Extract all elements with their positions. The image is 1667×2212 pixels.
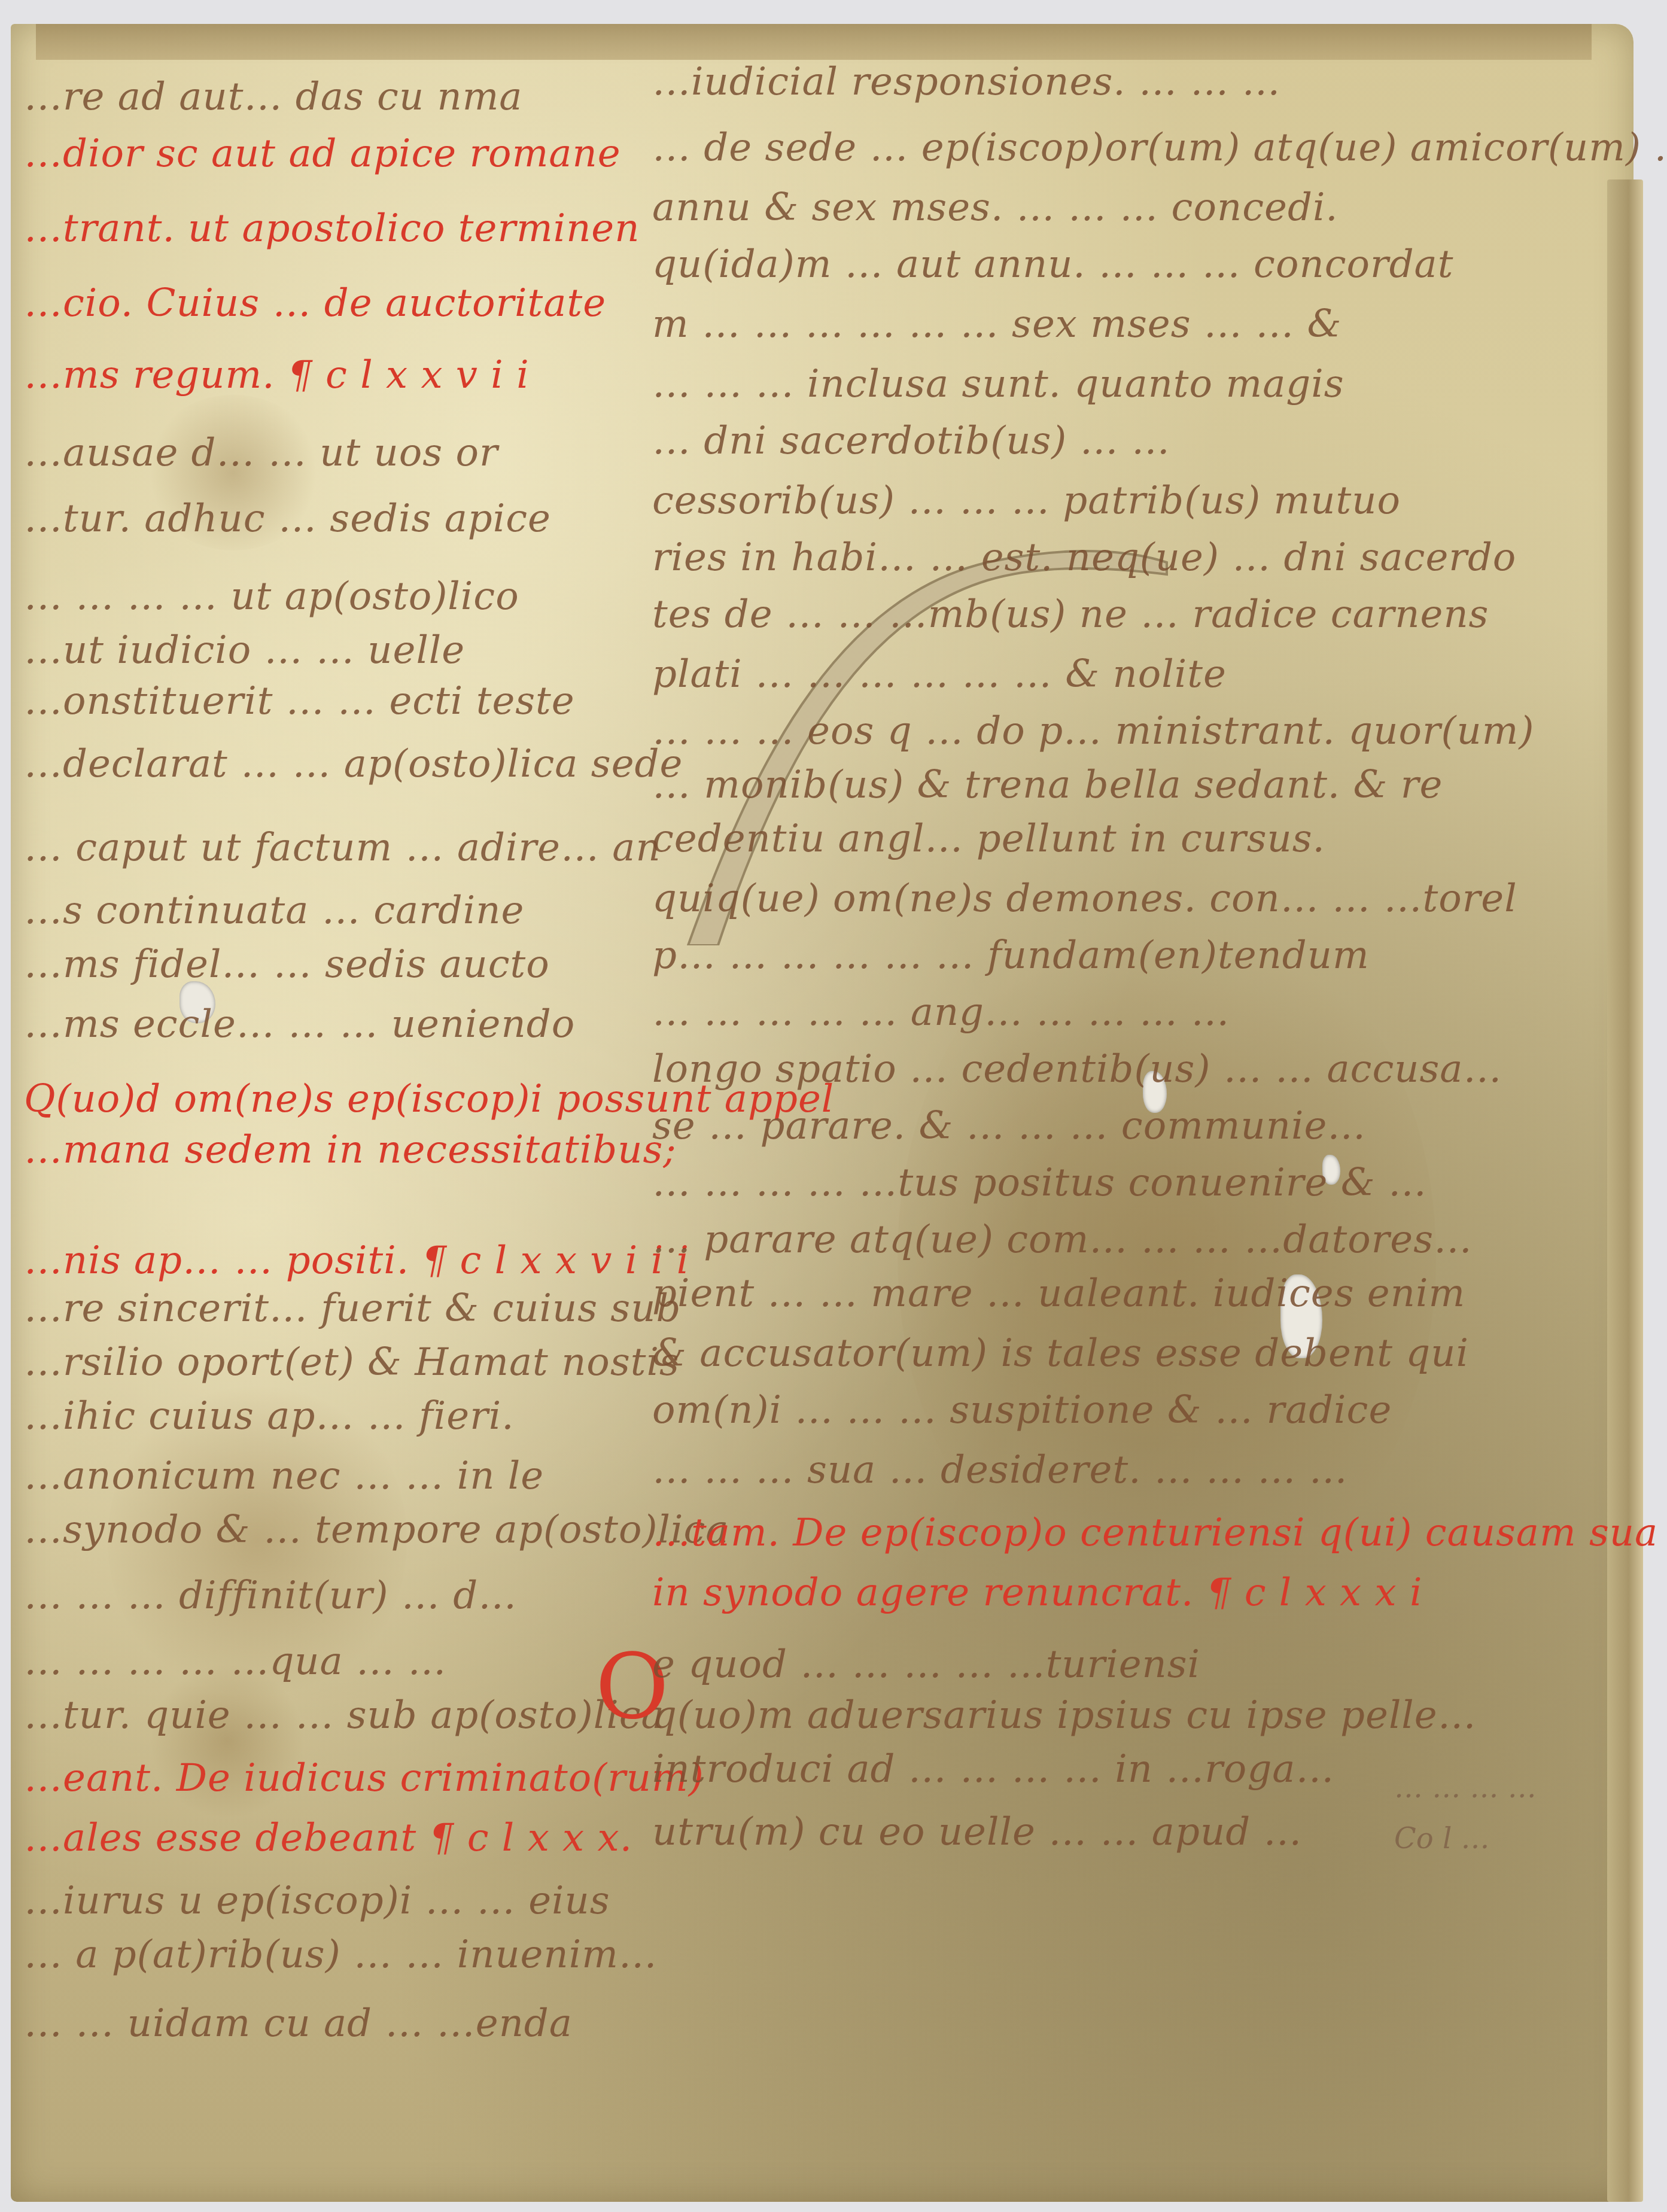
text-line: …rsilio oport(et) & Hamat nostis [24,1340,680,1385]
text-line: … … … … …qua … … [24,1639,446,1684]
text-line: …tur. adhuc … sedis apice [24,497,551,541]
marginal-note: Co l … [1394,1822,1490,1855]
text-line: …iurus u ep(iscop)i … … eius [24,1879,610,1923]
rubric-line: …nis ap… … positi. ¶ c l x x v i i i [24,1239,689,1283]
text-line: …iudicial responsiones. … … … [652,60,1281,104]
text-line: ries in habi… … est. neq(ue) … dni sacer… [652,535,1516,580]
text-line: … … … … ut ap(osto)lico [24,574,519,619]
text-line: … … … … … ang… … … … … [652,990,1230,1035]
left-column: …re ad aut… das cu nma…dior sc aut ad ap… [24,0,598,2212]
rubric-line: …trant. ut apostolico terminen [24,206,640,251]
text-line: … … uidam cu ad … …enda [24,2001,573,2046]
text-line: …declarat … … ap(osto)lica sede [24,742,683,786]
rubric-line: …ales esse debeant ¶ c l x x x. [24,1816,632,1860]
rubric-line: …ms regum. ¶ c l x x v i i [24,353,530,397]
rubric-line: …cio. Cuius … de auctoritate [24,281,606,325]
page-stack-edge [1607,179,1643,2202]
rubric-line: …eant. De iudicus criminato(rum) [24,1756,704,1800]
text-line: …re sincerit… fuerit & cuius sub [24,1286,681,1331]
text-line: …tur. quie … … sub ap(osto)lica [24,1693,665,1738]
marginal-note: … … … … [1394,1771,1537,1805]
text-line: …ms fidel… … sedis aucto [24,942,550,987]
text-line: cedentiu angl… pellunt in cursus. [652,817,1325,861]
text-line: … … … inclusa sunt. quanto magis [652,362,1344,406]
text-line: q(uo)m aduersarius ipsius cu ipse pelle… [652,1693,1477,1738]
text-line: cessorib(us) … … … patrib(us) mutuo [652,479,1401,523]
right-column: O …iudicial responsiones. … … …… de sede… [652,0,1430,2212]
text-line: …ut iudicio … … uelle [24,628,465,673]
text-line: … … … sua … desideret. … … … … [652,1448,1348,1492]
text-line: …s continuata … cardine [24,889,524,933]
rubric-line: …tam. De ep(iscop)o centuriensi q(ui) ca… [652,1511,1658,1555]
text-line: … … … eos q … do p… ministrant. quor(um) [652,709,1534,753]
text-line: …ms eccle… … … ueniendo [24,1002,575,1046]
text-line: m … … … … … … sex mses … … & [652,302,1342,346]
text-line: …anonicum nec … … in le [24,1454,544,1498]
rubric-line: …dior sc aut ad apice romane [24,132,621,176]
text-line: qu(ida)m … aut annu. … … … concordat [652,242,1453,287]
text-line: …ihic cuius ap… … fieri. [24,1394,515,1438]
text-line: utru(m) cu eo uelle … … apud … [652,1810,1302,1854]
text-line: … monib(us) & trena bella sedant. & re [652,763,1443,807]
text-line: & accusator(um) is tales esse debent qui [652,1331,1469,1376]
text-line: p… … … … … … fundam(en)tendum [652,933,1370,978]
text-line: annu & sex mses. … … … concedi. [652,185,1339,230]
text-line: … caput ut factum … adire… an [24,826,661,870]
text-line: … de sede … ep(iscop)or(um) atq(ue) amic… [652,126,1667,170]
text-line: … a p(at)rib(us) … … inuenim… [24,1933,658,1977]
text-line: …synodo & … tempore ap(osto)lica [24,1508,729,1552]
text-line: … … … … …tus positus conuenire & … [652,1161,1427,1205]
text-line: …ausae d… … ut uos or [24,431,498,475]
text-line: pient … … mare … ualeant. iudices enim [652,1271,1465,1316]
rubric-line: in synodo agere renuncrat. ¶ c l x x x i [652,1571,1422,1615]
text-line: … dni sacerdotib(us) … … [652,419,1170,463]
text-line: … … … diffinit(ur) … d… [24,1574,517,1618]
text-line: plati … … … … … … & nolite [652,652,1227,696]
text-line: …onstituerit … … ecti teste [24,679,575,723]
text-line: quiq(ue) om(ne)s demones. con… … …torel [652,877,1517,921]
text-line: …re ad aut… das cu nma [24,75,523,119]
text-line: e quod … … … … …turiensi [652,1642,1200,1687]
text-line: se … parare. & … … … communie… [652,1104,1366,1148]
rubric-line: …mana sedem in necessitatibus; [24,1128,677,1172]
text-line: introduci ad … … … … in …roga… [652,1747,1335,1791]
text-line: longo spatio … cedentib(us) … … accusa… [652,1047,1502,1091]
text-line: tes de … … …mb(us) ne … radice carnens [652,592,1489,637]
text-line: om(n)i … … … suspitione & … radice [652,1388,1392,1432]
text-line: … parare atq(ue) com… … … …datores… [652,1218,1473,1262]
